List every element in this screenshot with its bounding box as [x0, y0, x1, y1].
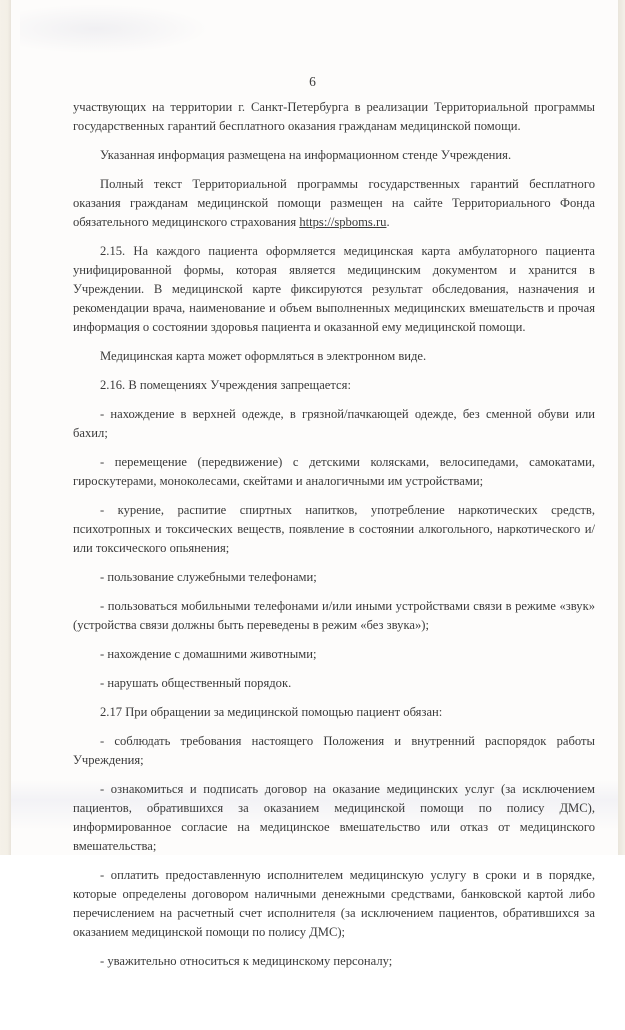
list-item: - нахождение в верхней одежде, в грязной…: [73, 405, 595, 443]
list-item: - оплатить предоставленную исполнителем …: [73, 866, 595, 942]
list-item: - перемещение (передвижение) с детскими …: [73, 453, 595, 491]
paragraph-text: .: [386, 215, 389, 229]
section-heading-2-16: 2.16. В помещениях Учреждения запрещаетс…: [73, 376, 595, 395]
document-body: участвующих на территории г. Санкт-Петер…: [73, 98, 595, 981]
page-number: 6: [0, 74, 625, 90]
list-item: - нахождение с домашними животными;: [73, 645, 595, 664]
list-item: - ознакомиться и подписать договор на ок…: [73, 780, 595, 856]
tfoms-website-link[interactable]: https://spboms.ru: [299, 215, 386, 229]
paragraph: Указанная информация размещена на информ…: [73, 146, 595, 165]
scan-smudge: [20, 4, 210, 54]
list-item: - соблюдать требования настоящего Положе…: [73, 732, 595, 770]
page-edge-right: [618, 0, 625, 855]
paragraph: участвующих на территории г. Санкт-Петер…: [73, 98, 595, 136]
section-heading-2-17: 2.17 При обращении за медицинской помощь…: [73, 703, 595, 722]
list-item: - пользование служебными телефонами;: [73, 568, 595, 587]
paragraph: Медицинская карта может оформляться в эл…: [73, 347, 595, 366]
paragraph-2-15: 2.15. На каждого пациента оформляется ме…: [73, 242, 595, 337]
scanned-page: 6 участвующих на территории г. Санкт-Пет…: [0, 0, 625, 855]
list-item: - пользоваться мобильными телефонами и/и…: [73, 597, 595, 635]
list-item: - уважительно относиться к медицинскому …: [73, 952, 595, 971]
paragraph-with-link: Полный текст Территориальной программы г…: [73, 175, 595, 232]
page-edge-left: [0, 0, 11, 855]
list-item: - курение, распитие спиртных напитков, у…: [73, 501, 595, 558]
list-item: - нарушать общественный порядок.: [73, 674, 595, 693]
